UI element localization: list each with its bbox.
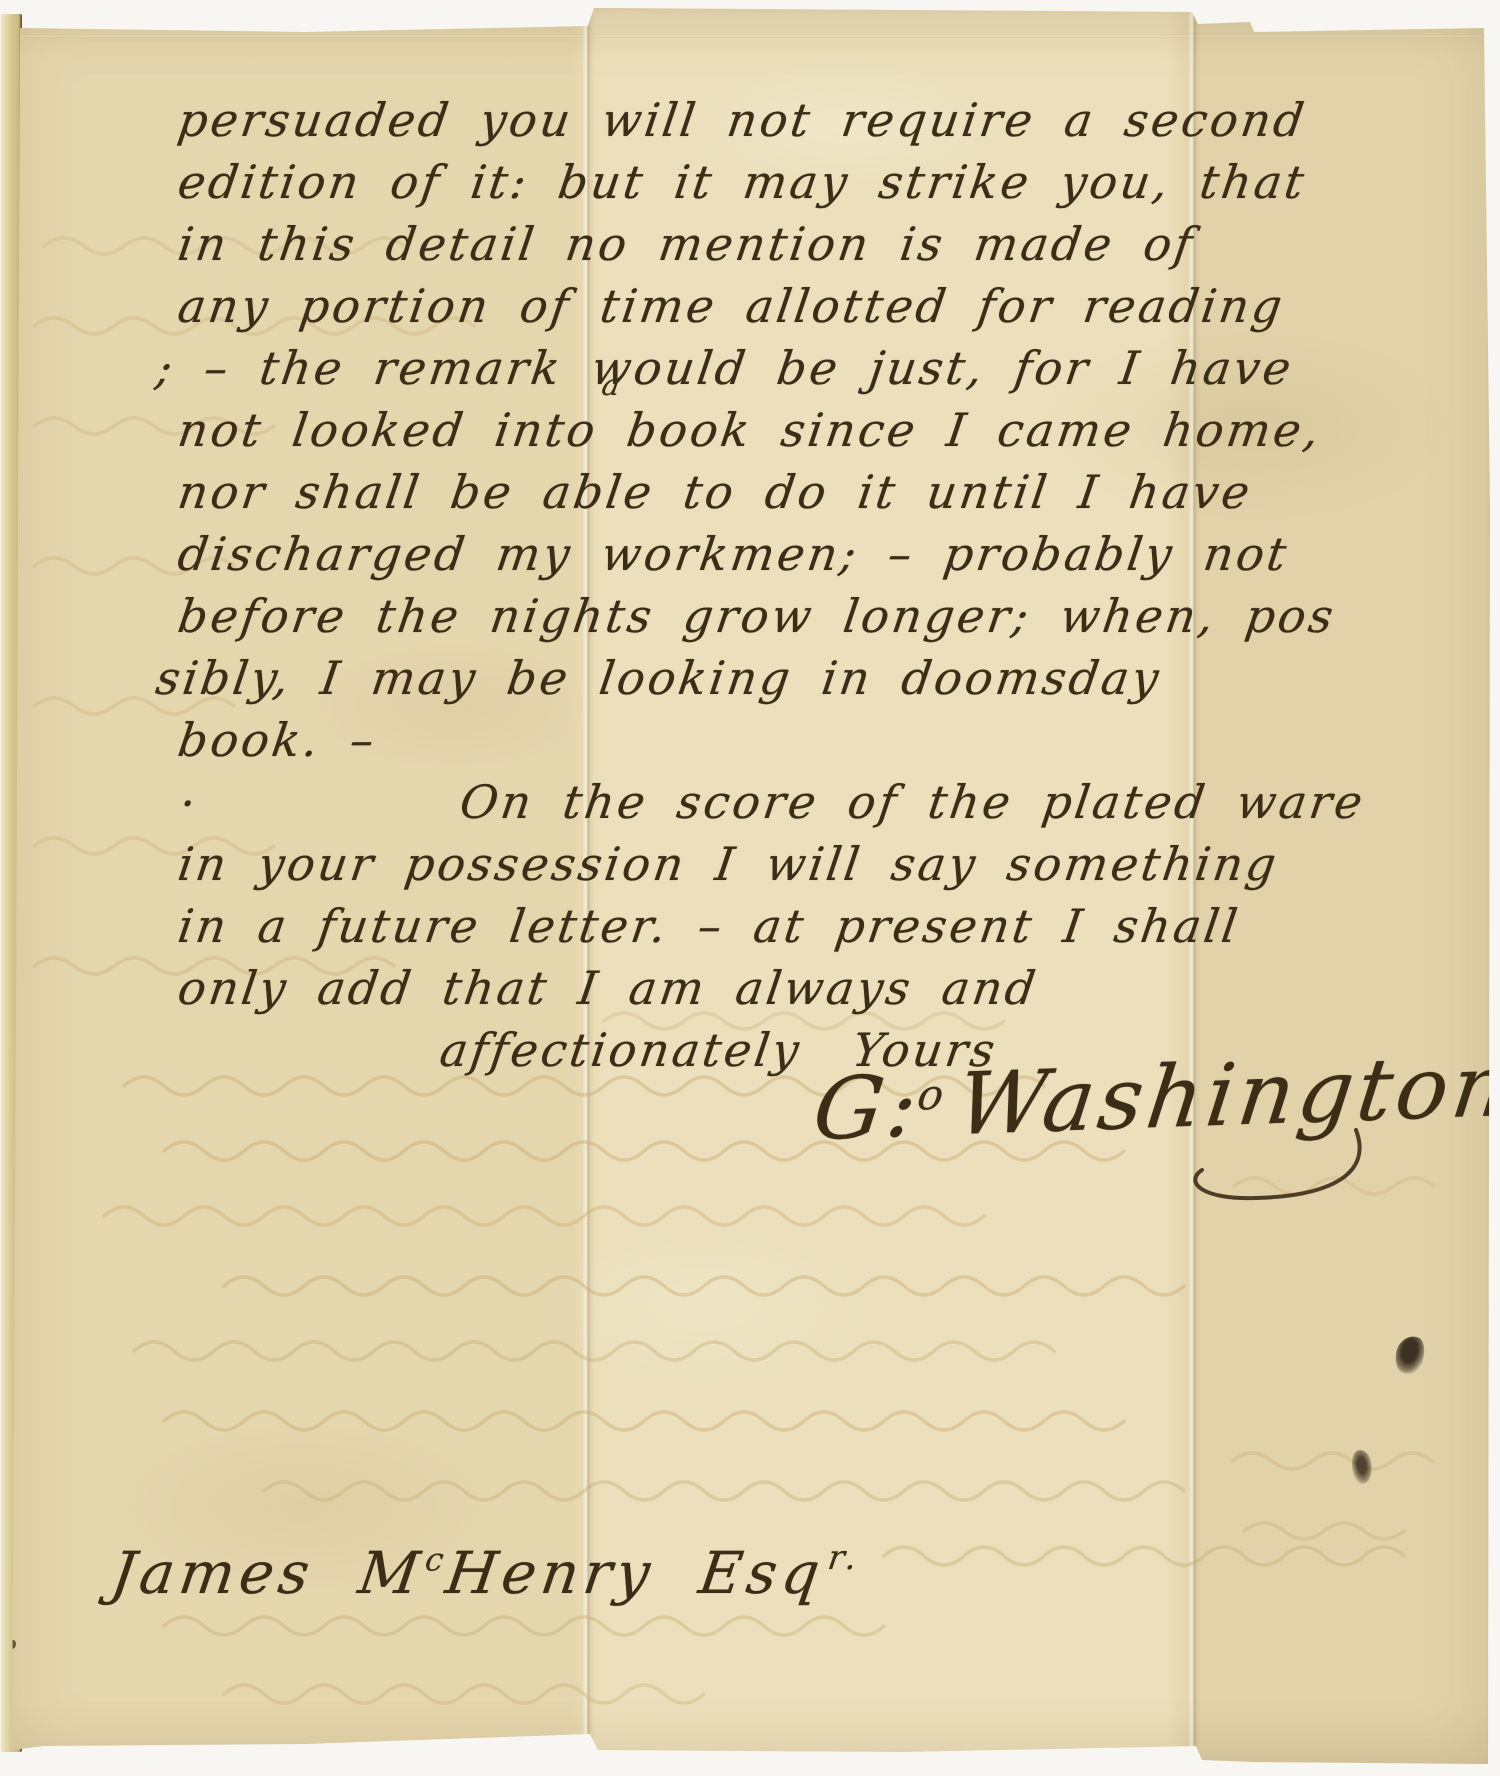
letter-line: edition of it: but it may strike you, th… bbox=[174, 152, 1473, 214]
letter-line: only add that I am always and bbox=[174, 958, 1473, 1020]
addressee-surname: Henry bbox=[442, 1539, 659, 1607]
stray-ink-dot: . bbox=[180, 762, 195, 818]
letter-line: On the score of the plated ware bbox=[456, 772, 1473, 834]
signature-surname: Washington bbox=[952, 1036, 1500, 1155]
addressee-title: Esq bbox=[695, 1539, 829, 1607]
letter-paper: persuaded you will not require a second … bbox=[4, 6, 1494, 1770]
letter-line: not looked into book since I came home, bbox=[174, 400, 1473, 462]
letter-line: in a future letter. – at present I shall bbox=[174, 896, 1473, 958]
letter-line: any portion of time allotted for reading bbox=[174, 276, 1473, 338]
addressee-mc: M bbox=[355, 1539, 429, 1607]
letter-line: discharged my workmen; – probably not bbox=[174, 524, 1473, 586]
scanned-letter: persuaded you will not require a second … bbox=[0, 0, 1500, 1776]
letter-line: book. – bbox=[174, 710, 1473, 772]
horizontal-crease bbox=[22, 36, 1482, 38]
letter-line: ; – the remark would be just, for I have bbox=[152, 338, 1473, 400]
letter-line: before the nights grow longer; when, pos bbox=[174, 586, 1473, 648]
signature-superscript-o: o bbox=[915, 1070, 950, 1120]
signature-initial: G: bbox=[808, 1056, 927, 1160]
addressee-line: James McHenry Esqr. bbox=[107, 1538, 864, 1607]
addressee-title-superscript: r. bbox=[825, 1538, 864, 1578]
letter-line: in your possession I will say something bbox=[174, 834, 1473, 896]
letter-body: persuaded you will not require a second … bbox=[174, 90, 1464, 1082]
letter-line: in this detail no mention is made of bbox=[174, 214, 1473, 276]
letter-line: nor shall be able to do it until I have bbox=[174, 462, 1473, 524]
letter-line: sibly, I may be looking in doomsday bbox=[152, 648, 1473, 710]
ink-blot bbox=[1392, 1333, 1428, 1377]
addressee-first-name: James bbox=[107, 1539, 318, 1607]
ink-blot bbox=[1350, 1449, 1375, 1485]
letter-line: persuaded you will not require a second bbox=[174, 90, 1473, 152]
